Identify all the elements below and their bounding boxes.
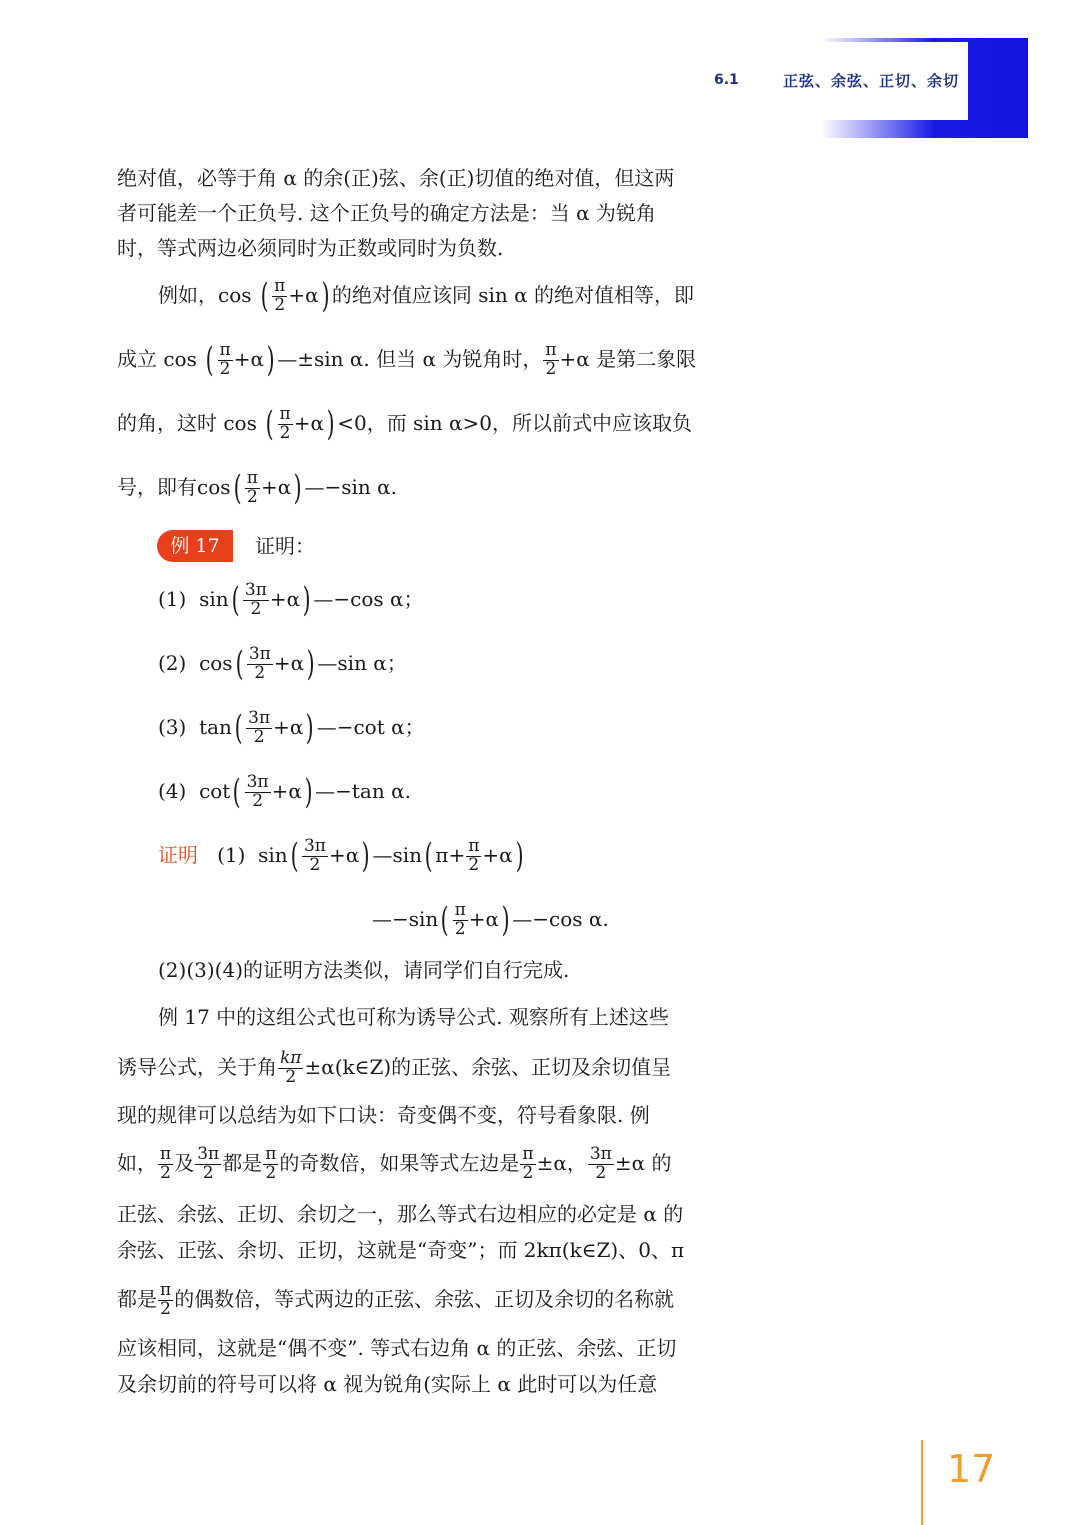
example-item: (3) tan(3π2+α)—−cot α； [158,710,758,747]
example-item: (4) cot(3π2+α)—−tan α. [158,774,758,811]
fraction: π2 [272,278,287,315]
section-title: 正弦、余弦、正切、余切 [783,70,959,91]
example-title: 证明： [255,536,455,556]
example-badge: 例 17 [157,530,233,562]
proof-note: (2)(3)(4)的证明方法类似，请同学们自行完成. [158,960,758,980]
text-line: 正弦、余弦、正切、余切之一，那么等式右边相应的必定是 α 的 [117,1204,717,1224]
text-line: 现的规律可以总结为如下口诀：奇变偶不变，符号看象限. 例 [117,1105,717,1125]
text-line: 例 17 中的这组公式也可称为诱导公式. 观察所有上述这些 [158,1007,758,1027]
text-line: 时，等式两边必须同时为正数或同时为负数. [117,238,717,258]
proof-line: 证明 (1) sin(3π2+α)—sin(π+π2+α) [158,838,758,875]
page-number: 17 [947,1447,995,1491]
text: 例如，cos [158,283,252,307]
text-line: 例如，cos (π2+α)的绝对值应该同 sin α 的绝对值相等，即 [158,278,758,315]
text-line: 都是π2的偶数倍，等式两边的正弦、余弦、正切及余切的名称就 [117,1282,717,1319]
text-line: 成立 cos (π2+α)—±sin α. 但当 α 为锐角时，π2+α 是第二… [117,342,717,379]
text-line: 号，即有cos(π2+α)—−sin α. [117,470,717,507]
text-line: 的角，这时 cos (π2+α)<0，而 sin α>0，所以前式中应该取负 [117,406,717,443]
paren: ( [261,279,269,313]
proof-line: —−sin(π2+α)—−cos α. [372,902,672,939]
text-line: 应该相同，这就是“偶不变”. 等式右边角 α 的正弦、余弦、正切 [117,1338,717,1358]
page-number-rule [921,1440,923,1525]
text-line: 者可能差一个正负号. 这个正负号的确定方法是：当 α 为锐角 [117,203,717,223]
section-number: 6.1 [714,72,739,88]
text-line: 如，π2及3π2都是π2的奇数倍，如果等式左边是π2±α，3π2±α 的 [117,1146,717,1183]
text-line: 余弦、正弦、余切、正切，这就是“奇变”；而 2kπ(k∈Z)、0、π [117,1240,717,1260]
proof-label: 证明 [158,843,198,867]
text: 的绝对值应该同 sin α 的绝对值相等，即 [332,283,694,307]
text-line: 及余切前的符号可以将 α 视为锐角(实际上 α 此时可以为任意 [117,1374,717,1394]
text-line: 诱导公式，关于角kπ2±α(k∈Z)的正弦、余弦、正切及余切值呈 [117,1050,717,1087]
example-item: (2) cos(3π2+α)—sin α； [158,646,758,683]
text-line: 绝对值，必等于角 α 的余(正)弦、余(正)切值的绝对值，但这两 [117,168,717,188]
example-item: (1) sin(3π2+α)—−cos α； [158,582,758,619]
